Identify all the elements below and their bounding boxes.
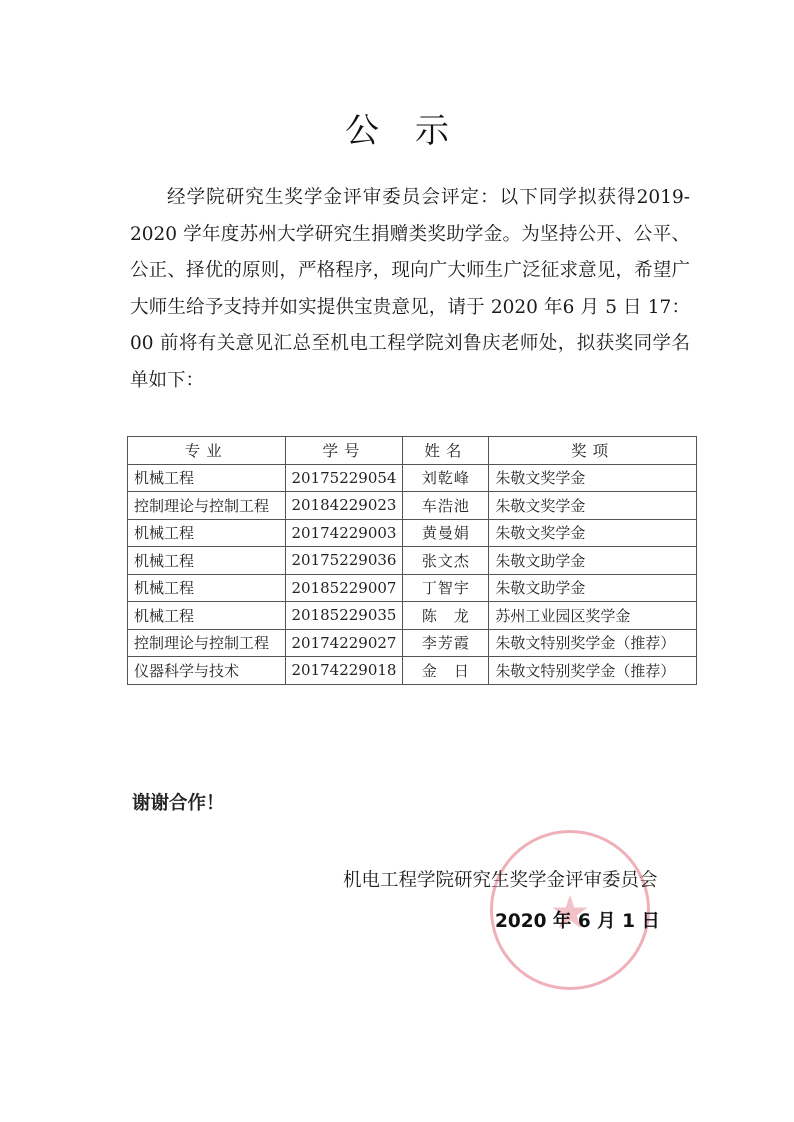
cell-award: 朱敬文助学金 [489,574,697,602]
signature-date: 2020 年 6 月 1 日 [495,907,660,933]
cell-award: 朱敬文奖学金 [489,464,697,492]
cell-award: 朱敬文助学金 [489,547,697,575]
cell-student-id: 20175229054 [285,464,403,492]
cell-name: 李芳霞 [403,629,489,657]
header-name: 姓名 [403,437,489,465]
cell-award: 朱敬文特别奖学金（推荐） [489,657,697,685]
cell-major: 机械工程 [128,464,286,492]
closing-text: 谢谢合作！ [132,789,225,815]
table-row: 机械工程 20175229036 张文杰 朱敬文助学金 [128,547,697,575]
table-row: 机械工程 20185229007 丁智宇 朱敬文助学金 [128,574,697,602]
header-student-id: 学号 [285,437,403,465]
cell-major: 机械工程 [128,519,286,547]
cell-student-id: 20174229027 [285,629,403,657]
cell-award: 朱敬文特别奖学金（推荐） [489,629,697,657]
cell-major: 机械工程 [128,574,286,602]
cell-name: 金 日 [403,657,489,685]
cell-major: 仪器科学与技术 [128,657,286,685]
signature-committee: 机电工程学院研究生奖学金评审委员会 [343,866,658,892]
table-row: 仪器科学与技术 20174229018 金 日 朱敬文特别奖学金（推荐） [128,657,697,685]
cell-student-id: 20174229018 [285,657,403,685]
cell-name: 车浩池 [403,492,489,520]
cell-student-id: 20184229023 [285,492,403,520]
cell-name: 陈 龙 [403,602,489,630]
cell-student-id: 20175229036 [285,547,403,575]
body-paragraph: 经学院研究生奖学金评审委员会评定：以下同学拟获得2019-2020 学年度苏州大… [130,180,690,399]
table-header-row: 专业 学号 姓名 奖项 [128,437,697,465]
table-row: 机械工程 20185229035 陈 龙 苏州工业园区奖学金 [128,602,697,630]
cell-major: 机械工程 [128,602,286,630]
table-row: 控制理论与控制工程 20184229023 车浩池 朱敬文奖学金 [128,492,697,520]
cell-student-id: 20185229007 [285,574,403,602]
document-title: 公示 [0,103,794,152]
cell-major: 控制理论与控制工程 [128,629,286,657]
cell-name: 刘乾峰 [403,464,489,492]
cell-name: 张文杰 [403,547,489,575]
table-row: 机械工程 20175229054 刘乾峰 朱敬文奖学金 [128,464,697,492]
cell-award: 朱敬文奖学金 [489,492,697,520]
cell-major: 控制理论与控制工程 [128,492,286,520]
table-row: 控制理论与控制工程 20174229027 李芳霞 朱敬文特别奖学金（推荐） [128,629,697,657]
cell-award: 朱敬文奖学金 [489,519,697,547]
cell-major: 机械工程 [128,547,286,575]
cell-student-id: 20185229035 [285,602,403,630]
cell-name: 丁智宇 [403,574,489,602]
header-major: 专业 [128,437,286,465]
award-table: 专业 学号 姓名 奖项 机械工程 20175229054 刘乾峰 朱敬文奖学金 … [127,436,697,685]
header-award: 奖项 [489,437,697,465]
cell-student-id: 20174229003 [285,519,403,547]
table-row: 机械工程 20174229003 黄曼娟 朱敬文奖学金 [128,519,697,547]
cell-name: 黄曼娟 [403,519,489,547]
body-paragraph-text: 经学院研究生奖学金评审委员会评定：以下同学拟获得2019-2020 学年度苏州大… [130,180,690,399]
cell-award: 苏州工业园区奖学金 [489,602,697,630]
